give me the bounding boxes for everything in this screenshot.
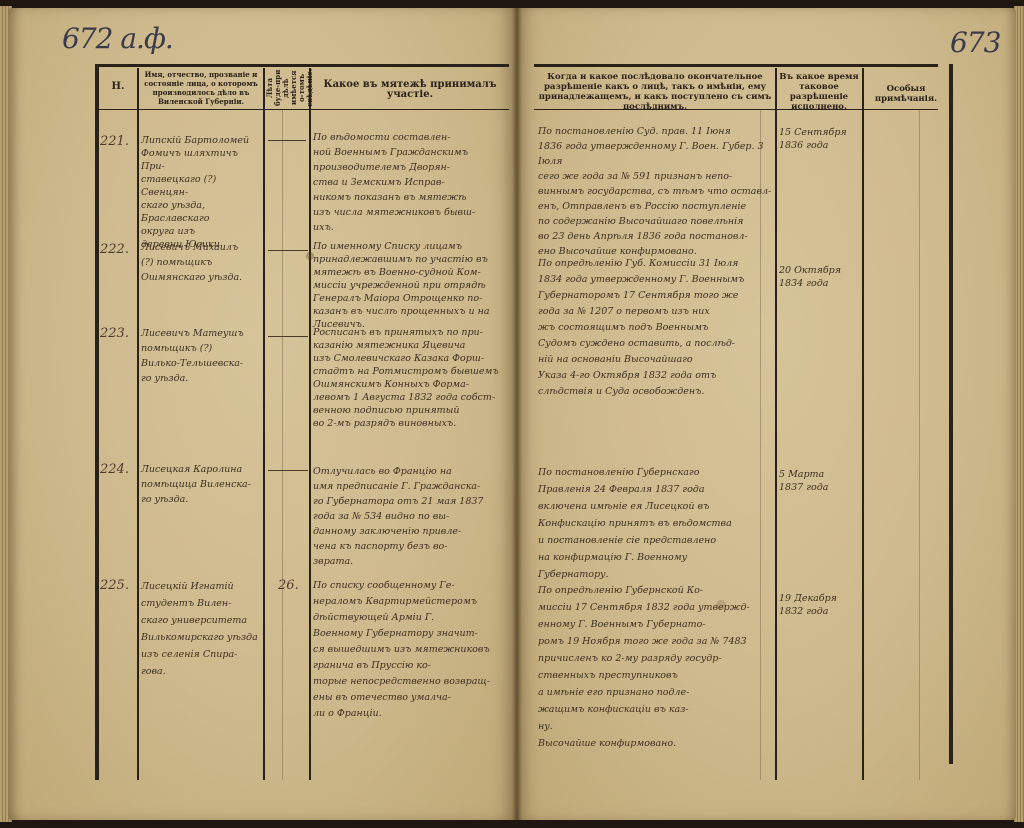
column-divider-executed xyxy=(862,68,864,780)
folio-number-right: 673 xyxy=(950,26,1000,59)
column-divider-resolution xyxy=(775,68,777,780)
entry-executed: 15 Сентября 1836 года xyxy=(779,126,861,152)
table-right-border xyxy=(949,64,953,764)
header-number: Н. xyxy=(100,82,136,92)
entry-number: 221. xyxy=(100,132,129,151)
entry-resolution: По опредѣленію Губернской Ко- миссіи 17 … xyxy=(538,582,774,752)
entry-number: 224. xyxy=(100,460,129,479)
entry-number: 223. xyxy=(100,324,129,343)
entry-number: 222. xyxy=(100,240,129,259)
entry-resolution: По опредѣленію Губ. Комиссіи 31 Іюля 183… xyxy=(538,256,774,400)
folio-number-left: 672 а.ф. xyxy=(62,22,173,55)
entry-name: Лисевичъ Михаилъ (?) помѣщикъ Ошмянскаго… xyxy=(141,240,263,285)
entry-name: Лисецкая Каролина помѣщица Виленска- го … xyxy=(141,462,263,507)
entry-participation: По именному Списку лицамъ принадлежавшим… xyxy=(313,240,509,331)
header-notes: Особыя примѣчанія. xyxy=(864,84,948,104)
table-top-rule-left xyxy=(95,64,509,67)
row-dash xyxy=(268,250,308,251)
header-estate: Лѣта буде-при дѣлѣ имѣется о-томъ свѣдѣн… xyxy=(266,68,306,108)
ink-stain xyxy=(306,252,314,260)
header-resolution: Когда и какое послѣдовало окончательное … xyxy=(536,72,774,112)
faint-guide-line xyxy=(282,110,283,780)
ink-stain xyxy=(716,600,726,610)
entry-executed: 5 Марта 1837 года xyxy=(779,468,861,494)
entry-estate: 26. xyxy=(278,576,299,595)
entry-executed: 19 Декабря 1832 года xyxy=(779,592,861,618)
ledger-book: 672 а.ф. 673 Н. Имя, отчество, прозваніе… xyxy=(0,0,1024,828)
table-left-border xyxy=(95,64,99,780)
book-gutter xyxy=(512,8,522,820)
entry-participation: По списку сообщенному Ге- нераломъ Кварт… xyxy=(313,578,509,722)
entry-participation: Росписанъ въ принятыхъ по при- казанію м… xyxy=(313,326,509,430)
entry-name: Лисевичъ Матеушъ помѣщикъ (?) Вилько-Тел… xyxy=(141,326,263,386)
header-bottom-rule-left xyxy=(95,109,509,110)
faint-guide-line-notes xyxy=(919,110,920,780)
row-dash xyxy=(268,336,308,337)
header-participation: Какое въ мятежѣ принималъ участіе. xyxy=(312,80,508,100)
entry-name: Лисецкій Игнатій студентъ Вилен- скаго у… xyxy=(141,578,263,680)
entry-resolution: По постановленію Суд. прав. 11 Іюня 1836… xyxy=(538,124,774,259)
column-divider-estate xyxy=(309,68,311,780)
entry-resolution: По постановленію Губернскаго Правленія 2… xyxy=(538,464,774,583)
entry-name: Липскій Бартоломей Фомичъ шляхтичъ При- … xyxy=(141,134,263,251)
column-divider-number xyxy=(137,68,139,780)
row-dash xyxy=(268,470,308,471)
table-top-rule-right xyxy=(534,64,938,67)
header-executed: Въ какое время таковое разрѣшеніе исполн… xyxy=(777,72,861,112)
entry-executed: 20 Октября 1834 года xyxy=(779,264,861,290)
row-dash xyxy=(268,140,306,141)
entry-participation: По вѣдомости составлен- ной Военнымъ Гра… xyxy=(313,130,509,235)
entry-number: 225. xyxy=(100,576,129,595)
column-divider-name xyxy=(263,68,265,780)
entry-participation: Отлучилась во Францію на имя предписаніе… xyxy=(313,464,509,569)
header-name: Имя, отчество, прозваніе и состояніе лиц… xyxy=(139,70,263,106)
